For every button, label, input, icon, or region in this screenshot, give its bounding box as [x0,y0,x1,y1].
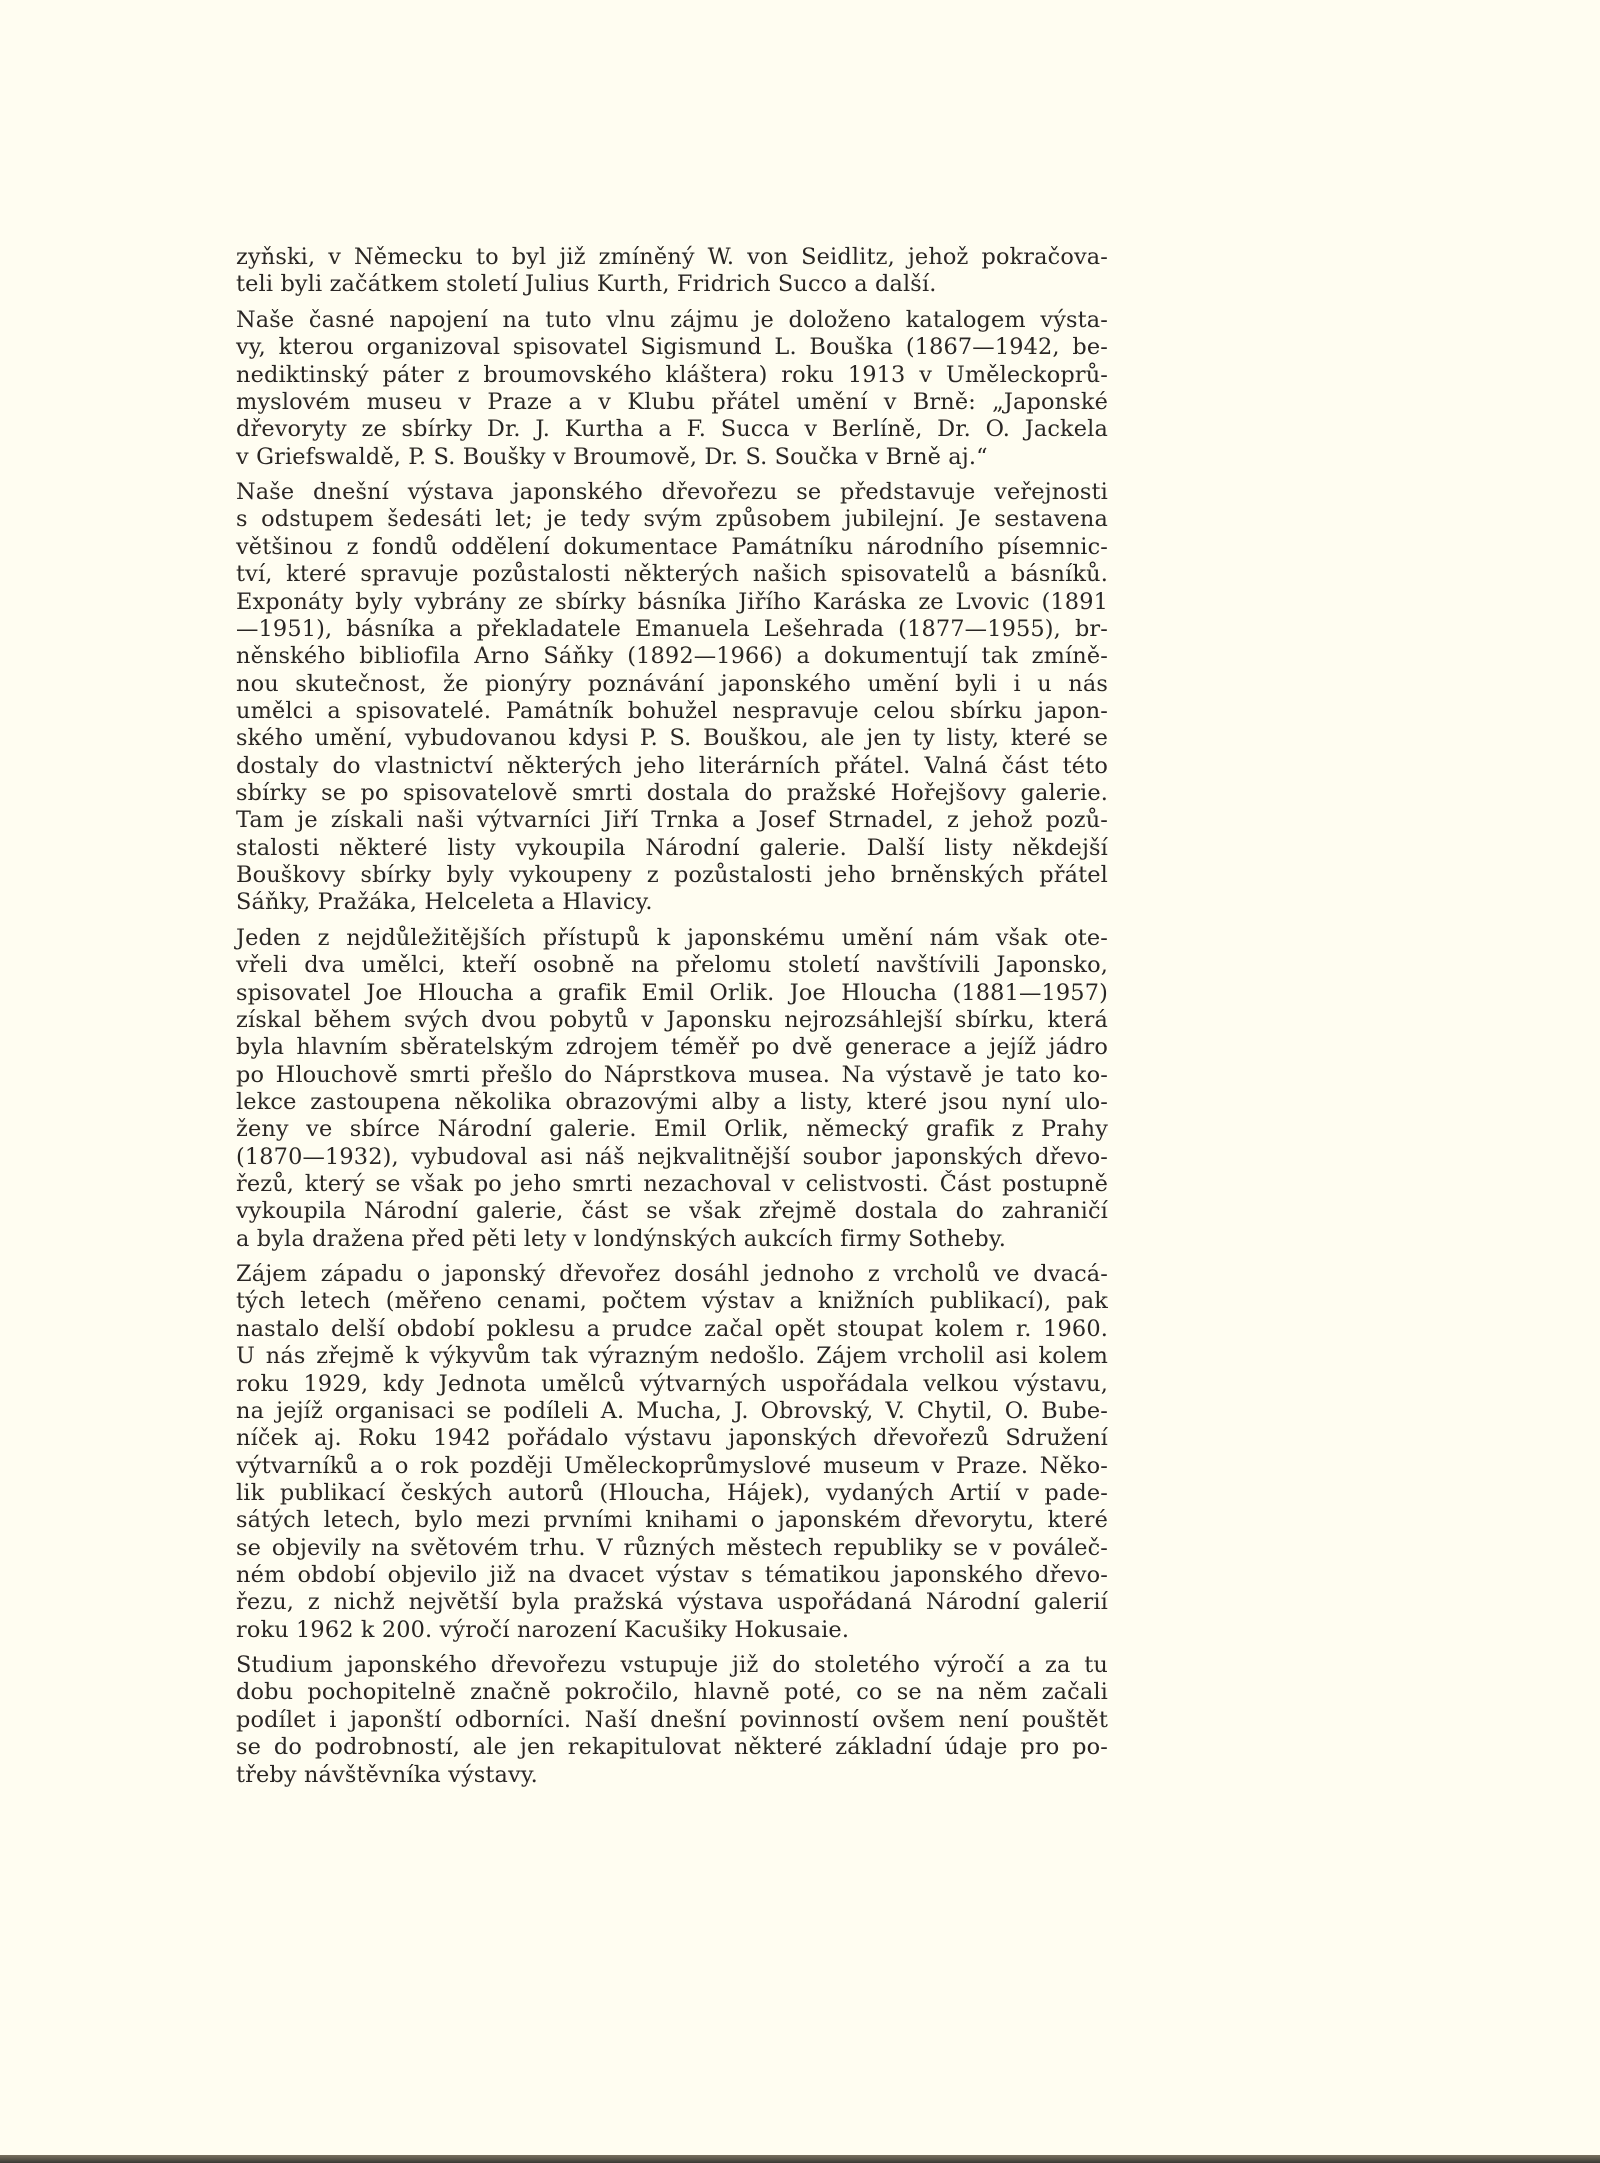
text-line: získal během svých dvou pobytů v Japonsk… [236,1007,1108,1034]
text-line: Naše časné napojení na tuto vlnu zájmu j… [236,307,1108,334]
page-bottom-edge [0,2155,1600,2163]
text-line: po Hlouchově smrti přešlo do Náprstkova … [236,1062,1108,1089]
text-line: sátých letech, bylo mezi prvními knihami… [236,1507,1108,1534]
text-line: tví, které spravuje pozůstalosti některý… [236,561,1108,588]
scanned-page: zyňski, v Německu to byl již zmíněný W. … [0,0,1600,2155]
text-line: vřeli dva umělci, kteří osobně na přelom… [236,952,1108,979]
text-line: spisovatel Joe Hloucha a grafik Emil Orl… [236,980,1108,1007]
text-line: sbírky se po spisovatelově smrti dostala… [236,780,1108,807]
text-line: Zájem západu o japonský dřevořez dosáhl … [236,1261,1108,1288]
paragraph: Naše časné napojení na tuto vlnu zájmu j… [236,307,1108,471]
paragraph: Naše dnešní výstava japonského dřevořezu… [236,479,1108,917]
text-line: Jeden z nejdůležitějších přístupů k japo… [236,925,1108,952]
text-line: zyňski, v Německu to byl již zmíněný W. … [236,244,1108,271]
text-line: a byla dražena před pěti lety v londýnsk… [236,1226,1108,1253]
text-line: nediktinský páter z broumovského klášter… [236,362,1108,389]
text-line: dřevoryty ze sbírky Dr. J. Kurtha a F. S… [236,416,1108,443]
text-line: roku 1962 k 200. výročí narození Kacušik… [236,1617,1108,1644]
text-line: řezu, z nichž největší byla pražská výst… [236,1589,1108,1616]
text-line: Sáňky, Pražáka, Helceleta a Hlavicy. [236,889,1108,916]
text-line: Studium japonského dřevořezu vstupuje ji… [236,1652,1108,1679]
text-line: Exponáty byly vybrány ze sbírky básníka … [236,589,1108,616]
text-line: tých letech (měřeno cenami, počtem výsta… [236,1288,1108,1315]
body-text: zyňski, v Německu to byl již zmíněný W. … [236,244,1108,1797]
text-line: vykoupila Národní galerie, část se však … [236,1198,1108,1225]
text-line: výtvarníků a o rok později Uměleckoprůmy… [236,1453,1108,1480]
text-line: byla hlavním sběratelským zdrojem téměř … [236,1034,1108,1061]
text-line: lekce zastoupena několika obrazovými alb… [236,1089,1108,1116]
text-line: nou skutečnost, že pionýry poznávání jap… [236,671,1108,698]
text-line: většinou z fondů oddělení dokumentace Pa… [236,534,1108,561]
text-line: ném období objevilo již na dvacet výstav… [236,1562,1108,1589]
text-line: se objevily na světovém trhu. V různých … [236,1535,1108,1562]
text-line: dobu pochopitelně značně pokročilo, hlav… [236,1679,1108,1706]
text-line: nastalo delší období poklesu a prudce za… [236,1316,1108,1343]
text-line: teli byli začátkem století Julius Kurth,… [236,271,1108,298]
text-line: níček aj. Roku 1942 pořádalo výstavu jap… [236,1425,1108,1452]
text-line: (1870—1932), vybudoval asi náš nejkvalit… [236,1144,1108,1171]
text-line: lik publikací českých autorů (Hloucha, H… [236,1480,1108,1507]
text-line: ského umění, vybudovanou kdysi P. S. Bou… [236,725,1108,752]
text-line: Tam je získali naši výtvarníci Jiří Trnk… [236,807,1108,834]
text-line: s odstupem šedesáti let; je tedy svým zp… [236,506,1108,533]
text-line: myslovém museu v Praze a v Klubu přátel … [236,389,1108,416]
text-line: se do podrobností, ale jen rekapitulovat… [236,1734,1108,1761]
text-line: —1951), básníka a překladatele Emanuela … [236,616,1108,643]
paragraph: Jeden z nejdůležitějších přístupů k japo… [236,925,1108,1253]
text-line: stalosti některé listy vykoupila Národní… [236,835,1108,862]
paragraph: Zájem západu o japonský dřevořez dosáhl … [236,1261,1108,1644]
text-line: podílet i japonští odborníci. Naší dnešn… [236,1707,1108,1734]
text-line: řezů, který se však po jeho smrti nezach… [236,1171,1108,1198]
text-line: dostaly do vlastnictví některých jeho li… [236,753,1108,780]
paragraph: Studium japonského dřevořezu vstupuje ji… [236,1652,1108,1789]
text-line: vy, kterou organizoval spisovatel Sigism… [236,334,1108,361]
text-line: něnského bibliofila Arno Sáňky (1892—196… [236,643,1108,670]
text-line: U nás zřejmě k výkyvům tak výrazným nedo… [236,1343,1108,1370]
text-line: roku 1929, kdy Jednota umělců výtvarných… [236,1371,1108,1398]
text-line: Naše dnešní výstava japonského dřevořezu… [236,479,1108,506]
text-line: v Griefswaldě, P. S. Boušky v Broumově, … [236,444,1108,471]
text-line: na jejíž organisaci se podíleli A. Mucha… [236,1398,1108,1425]
text-line: Bouškovy sbírky byly vykoupeny z pozůsta… [236,862,1108,889]
text-line: třeby návštěvníka výstavy. [236,1762,1108,1789]
paragraph: zyňski, v Německu to byl již zmíněný W. … [236,244,1108,299]
text-line: ženy ve sbírce Národní galerie. Emil Orl… [236,1116,1108,1143]
text-line: umělci a spisovatelé. Památník bohužel n… [236,698,1108,725]
